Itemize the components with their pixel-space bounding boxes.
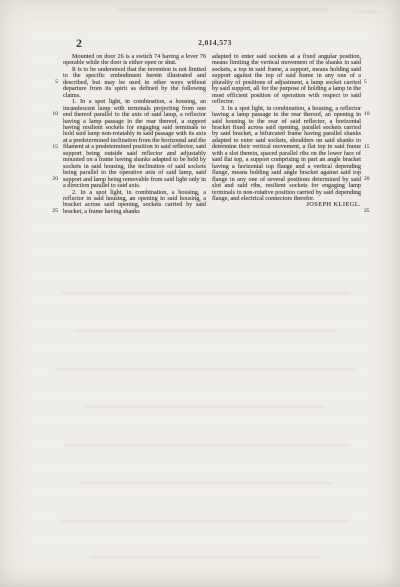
page-number: 2: [76, 37, 82, 49]
left-margin-line-number: 10: [45, 112, 58, 118]
claim-2-paragraph: 2. In a spot light, in combination, a ho…: [63, 190, 206, 216]
body-paragraph: It is to be understood that the inventio…: [63, 67, 206, 99]
patent-page: 2 2,014,573 5 10 15 20 25 5 10 15 20 25 …: [0, 0, 400, 587]
scan-artifact: [65, 444, 350, 446]
right-margin-line-number: 15: [364, 145, 377, 151]
claim-2-continuation-paragraph: adapted to enter said sockets at a fixed…: [212, 54, 361, 106]
right-margin-line-number: 25: [364, 209, 377, 215]
left-margin-line-number: 25: [45, 209, 58, 215]
right-margin-line-number: 20: [364, 177, 377, 183]
left-margin-line-number: 20: [45, 177, 58, 183]
body-paragraph: Mounted on door 26 is a switch 74 having…: [63, 54, 206, 67]
scan-artifact: [60, 520, 350, 522]
scan-artifact: [118, 8, 328, 11]
right-margin-line-number: 10: [364, 112, 377, 118]
left-margin-line-number: 15: [45, 145, 58, 151]
scan-artifact: [55, 368, 355, 370]
scan-artifact: [78, 482, 333, 484]
left-text-column: Mounted on door 26 is a switch 74 having…: [63, 54, 206, 215]
patent-number: 2,014,573: [165, 39, 265, 47]
claim-1-paragraph: 1. In a spot light, in combination, a ho…: [63, 99, 206, 189]
left-margin-line-number: 5: [45, 80, 58, 86]
right-margin-line-number: 5: [364, 80, 377, 86]
claim-3-paragraph: 3. In a spot light, in combination, a ho…: [212, 106, 361, 203]
scan-artifact: [350, 11, 378, 13]
scan-artifact: [75, 330, 335, 332]
scan-artifact: [85, 406, 325, 408]
scan-artifact: [60, 292, 350, 294]
scan-artifact: [90, 556, 320, 558]
inventor-signature: JOSEPH KLIEGL.: [212, 202, 361, 208]
right-text-column: adapted to enter said sockets at a fixed…: [212, 54, 361, 209]
